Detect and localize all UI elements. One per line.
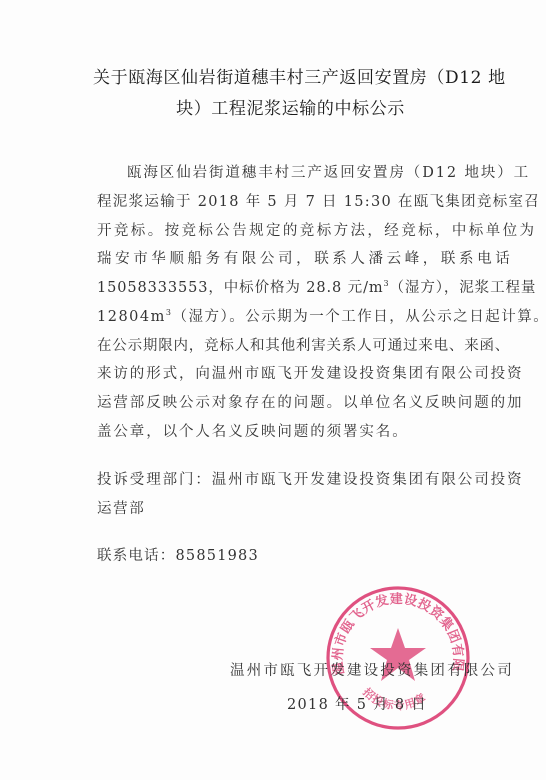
complaint-line-1: 投诉受理部门：温州市瓯飞开发建设投资集团有限公司投资 — [97, 470, 523, 490]
price-text: 15058333553，中标价格为 28.8 元/m — [97, 280, 384, 296]
body-line-7: 在公示期限内，竞标人和其他利害关系人可通过来电、来函、 — [97, 336, 510, 356]
body-line-5: 15058333553，中标价格为 28.8 元/m3（湿方），泥浆工程量 — [97, 278, 536, 298]
body-line-2: 程泥浆运输于 2018 年 5 月 7 日 15:30 在瓯飞集团竞标室召 — [97, 192, 540, 212]
title-line-2: 块）工程泥浆运输的中标公示 — [93, 94, 488, 125]
body-line-1: 瓯海区仙岩街道穗丰村三产返回安置房（D12 地块）工 — [127, 163, 530, 183]
body-line-9: 运营部反映公示对象存在的问题。以单位名义反映问题的加 — [97, 393, 523, 413]
volume-text: 12804m — [97, 309, 166, 325]
title-line-1: 关于瓯海区仙岩街道穗丰村三产返回安置房（D12 地 — [93, 63, 488, 94]
complaint-line-2: 运营部 — [97, 499, 145, 519]
contact-phone: 联系电话：85851983 — [97, 546, 259, 566]
body-line-6: 12804m3（湿方）。公示期为一个工作日，从公示之日起计算。 — [97, 307, 546, 327]
signature-date: 2018 年 5 月 8 日 — [287, 693, 427, 714]
signature-organization: 温州市瓯飞开发建设投资集团有限公司 — [230, 659, 514, 680]
document-title: 关于瓯海区仙岩街道穗丰村三产返回安置房（D12 地 块）工程泥浆运输的中标公示 — [93, 63, 488, 125]
period-text: （湿方）。公示期为一个工作日，从公示之日起计算。 — [172, 309, 546, 325]
body-line-10: 盖公章，以个人名义反映问题的须署实名。 — [97, 422, 409, 442]
volume-label: （湿方），泥浆工程量 — [390, 280, 537, 296]
body-line-8: 来访的形式，向温州市瓯飞开发建设投资集团有限公司投资 — [97, 364, 523, 384]
body-line-3: 开竞标。按竞标公告规定的竞标方法，经竞标，中标单位为 — [97, 221, 536, 241]
body-line-4: 瑞安市华顺船务有限公司，联系人潘云峰，联系电话 — [97, 249, 513, 269]
document-page: 关于瓯海区仙岩街道穗丰村三产返回安置房（D12 地 块）工程泥浆运输的中标公示 … — [0, 0, 546, 780]
